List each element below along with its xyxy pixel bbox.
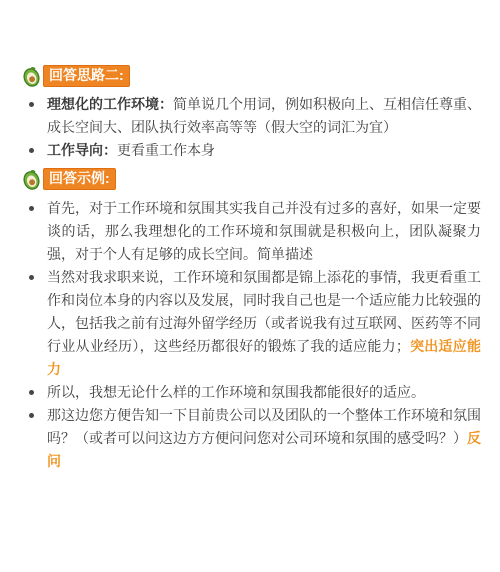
bullet-text: 那这边您方便告知一下目前贵公司以及团队的一个整体工作环境和氛围吗？（或者可以问这… <box>47 407 481 469</box>
bullet-text: 工作导向：更看重工作本身 <box>47 142 215 158</box>
bullet-item: 工作导向：更看重工作本身 <box>47 139 481 162</box>
note-content: 回答思路二: 理想化的工作环境：简单说几个用词，例如积极向上、互相信任尊重、成长… <box>0 0 500 473</box>
bullet-item: 那这边您方便告知一下目前贵公司以及团队的一个整体工作环境和氛围吗？（或者可以问这… <box>47 404 481 473</box>
bullet-item: 理想化的工作环境：简单说几个用词，例如积极向上、互相信任尊重、成长空间大、团队执… <box>47 93 481 139</box>
bullet-item: 当然对我求职来说，工作环境和氛围都是锦上添花的事情，我更看重工作和岗位本身的内容… <box>47 266 481 381</box>
text-segment: 首先，对于工作环境和氛围其实我自己并没有过多的喜好，如果一定要谈的话，那么我理想… <box>47 200 481 262</box>
text-segment: 理想化的工作环境： <box>47 96 173 112</box>
bullet-text: 理想化的工作环境：简单说几个用词，例如积极向上、互相信任尊重、成长空间大、团队执… <box>47 96 481 135</box>
section-label-text: 回答示例: <box>43 168 116 190</box>
note-page: 回答思路二: 理想化的工作环境：简单说几个用词，例如积极向上、互相信任尊重、成长… <box>0 0 500 572</box>
bullet-dot-icon <box>29 102 34 107</box>
avocado-icon <box>22 66 41 87</box>
section-label: 回答示例: <box>22 168 481 190</box>
section-label: 回答思路二: <box>22 65 481 87</box>
bullet-dot-icon <box>29 413 34 418</box>
text-segment: 所以，我想无论什么样的工作环境和氛围我都能很好的适应。 <box>47 384 425 400</box>
text-segment: 工作导向： <box>47 142 117 158</box>
bullet-dot-icon <box>29 275 34 280</box>
text-segment: 那这边您方便告知一下目前贵公司以及团队的一个整体工作环境和氛围吗？（或者可以问这… <box>47 407 481 446</box>
avocado-icon <box>22 169 41 190</box>
text-segment: 更看重工作本身 <box>117 142 215 158</box>
bullet-item: 首先，对于工作环境和氛围其实我自己并没有过多的喜好，如果一定要谈的话，那么我理想… <box>47 197 481 266</box>
bullet-dot-icon <box>29 206 34 211</box>
bullet-item: 所以，我想无论什么样的工作环境和氛围我都能很好的适应。 <box>47 381 481 404</box>
bullet-text: 所以，我想无论什么样的工作环境和氛围我都能很好的适应。 <box>47 384 425 400</box>
bullet-dot-icon <box>29 390 34 395</box>
bullet-dot-icon <box>29 148 34 153</box>
bullet-text: 首先，对于工作环境和氛围其实我自己并没有过多的喜好，如果一定要谈的话，那么我理想… <box>47 200 481 262</box>
bullet-text: 当然对我求职来说，工作环境和氛围都是锦上添花的事情，我更看重工作和岗位本身的内容… <box>47 269 481 377</box>
section-label-text: 回答思路二: <box>43 65 130 87</box>
